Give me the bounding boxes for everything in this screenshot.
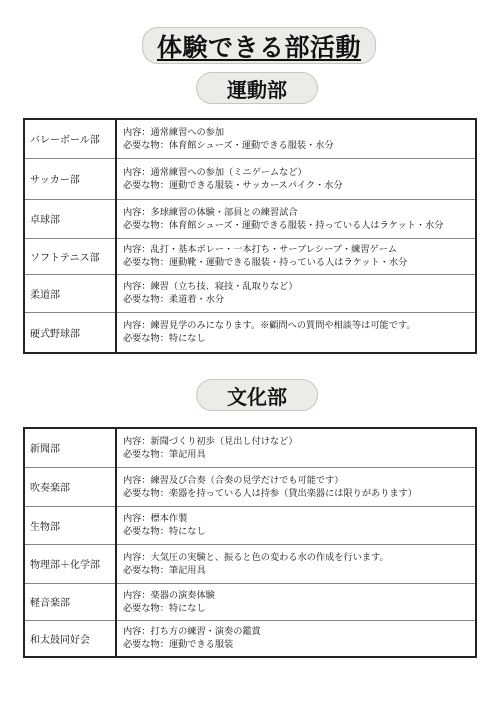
club-name: ソフトテニス部 [24,238,116,274]
club-required-items: 必要な物：特になし [123,602,475,615]
club-description: 内容：練習及び合奏（合奏の見学だけでも可能です）必要な物：楽器を持っている人は持… [116,467,476,506]
club-name: 卓球部 [24,199,116,238]
club-row: 生物部内容：標本作製必要な物：特になし [24,506,476,544]
club-name: 吹奏楽部 [24,467,116,506]
club-row: 物理部＋化学部内容：大気圧の実験と、振ると色の変わる水の作成を行います。必要な物… [24,544,476,583]
club-name: 新聞部 [24,428,116,467]
club-row: 卓球部内容：多球練習の体験・部員との練習試合必要な物：体育館シューズ・運動できる… [24,199,476,238]
club-description: 内容：通常練習への参加必要な物：体育館シューズ・運動できる服装・水分 [116,119,476,158]
page-title: 体験できる部活動 [142,27,376,64]
club-required-items: 必要な物：運動靴・運動できる服装・持っている人はラケット・水分 [123,256,475,269]
club-description: 内容：多球練習の体験・部員との練習試合必要な物：体育館シューズ・運動できる服装・… [116,199,476,238]
club-name: 生物部 [24,506,116,544]
club-row: サッカー部内容：通常練習への参加（ミニゲームなど）必要な物：運動できる服装・サッ… [24,158,476,199]
club-activity-content: 内容：新聞づくり初歩（見出し付けなど） [123,435,475,448]
club-row: 吹奏楽部内容：練習及び合奏（合奏の見学だけでも可能です）必要な物：楽器を持ってい… [24,467,476,506]
culture-clubs-table: 新聞部内容：新聞づくり初歩（見出し付けなど）必要な物：筆記用具吹奏楽部内容：練習… [23,427,477,658]
club-description: 内容：新聞づくり初歩（見出し付けなど）必要な物：筆記用具 [116,428,476,467]
club-description: 内容：標本作製必要な物：特になし [116,506,476,544]
club-required-items: 必要な物：楽器を持っている人は持参（貸出楽器には限りがあります） [123,487,475,500]
club-description: 内容：練習見学のみになります。※顧問への質問や相談等は可能です。必要な物：特にな… [116,312,476,353]
club-row: ソフトテニス部内容：乱打・基本ボレー・一本打ち・サーブレシーブ・練習ゲーム必要な… [24,238,476,274]
club-required-items: 必要な物：運動できる服装 [123,638,475,651]
club-name: 硬式野球部 [24,312,116,353]
club-name: サッカー部 [24,158,116,199]
club-activity-content: 内容：乱打・基本ボレー・一本打ち・サーブレシーブ・練習ゲーム [123,243,475,256]
club-activity-content: 内容：標本作製 [123,512,475,525]
club-activity-content: 内容：大気圧の実験と、振ると色の変わる水の作成を行います。 [123,551,475,564]
club-required-items: 必要な物：特になし [123,525,475,538]
club-name: 柔道部 [24,274,116,312]
club-required-items: 必要な物：柔道着・水分 [123,293,475,306]
club-name: バレーボール部 [24,119,116,158]
club-activity-content: 内容：練習（立ち技、寝技・乱取りなど） [123,280,475,293]
club-activity-content: 内容：楽器の演奏体験 [123,589,475,602]
club-description: 内容：練習（立ち技、寝技・乱取りなど）必要な物：柔道着・水分 [116,274,476,312]
club-activity-content: 内容：打ち方の練習・演奏の鑑賞 [123,625,475,638]
club-required-items: 必要な物：運動できる服装・サッカースパイク・水分 [123,179,475,192]
club-activity-content: 内容：多球練習の体験・部員との練習試合 [123,206,475,219]
club-required-items: 必要な物：体育館シューズ・運動できる服装・持っている人はラケット・水分 [123,219,475,232]
club-activity-content: 内容：通常練習への参加 [123,126,475,139]
club-name: 軽音楽部 [24,583,116,620]
club-row: 和太鼓同好会内容：打ち方の練習・演奏の鑑賞必要な物：運動できる服装 [24,620,476,657]
club-activity-content: 内容：通常練習への参加（ミニゲームなど） [123,166,475,179]
club-name: 和太鼓同好会 [24,620,116,657]
sports-clubs-table: バレーボール部内容：通常練習への参加必要な物：体育館シューズ・運動できる服装・水… [23,118,477,354]
club-description: 内容：大気圧の実験と、振ると色の変わる水の作成を行います。必要な物：筆記用具 [116,544,476,583]
club-description: 内容：楽器の演奏体験必要な物：特になし [116,583,476,620]
club-description: 内容：乱打・基本ボレー・一本打ち・サーブレシーブ・練習ゲーム必要な物：運動靴・運… [116,238,476,274]
club-row: 新聞部内容：新聞づくり初歩（見出し付けなど）必要な物：筆記用具 [24,428,476,467]
section-heading-culture: 文化部 [196,379,318,411]
section-heading-sports: 運動部 [196,72,318,104]
club-required-items: 必要な物：筆記用具 [123,448,475,461]
club-activity-content: 内容：練習及び合奏（合奏の見学だけでも可能です） [123,474,475,487]
club-required-items: 必要な物：特になし [123,332,475,345]
club-activity-content: 内容：練習見学のみになります。※顧問への質問や相談等は可能です。 [123,319,475,332]
club-row: 柔道部内容：練習（立ち技、寝技・乱取りなど）必要な物：柔道着・水分 [24,274,476,312]
club-row: 軽音楽部内容：楽器の演奏体験必要な物：特になし [24,583,476,620]
club-required-items: 必要な物：体育館シューズ・運動できる服装・水分 [123,139,475,152]
club-row: 硬式野球部内容：練習見学のみになります。※顧問への質問や相談等は可能です。必要な… [24,312,476,353]
club-row: バレーボール部内容：通常練習への参加必要な物：体育館シューズ・運動できる服装・水… [24,119,476,158]
club-name: 物理部＋化学部 [24,544,116,583]
club-description: 内容：打ち方の練習・演奏の鑑賞必要な物：運動できる服装 [116,620,476,657]
club-required-items: 必要な物：筆記用具 [123,564,475,577]
page-title-text: 体験できる部活動 [157,28,361,64]
club-description: 内容：通常練習への参加（ミニゲームなど）必要な物：運動できる服装・サッカースパイ… [116,158,476,199]
